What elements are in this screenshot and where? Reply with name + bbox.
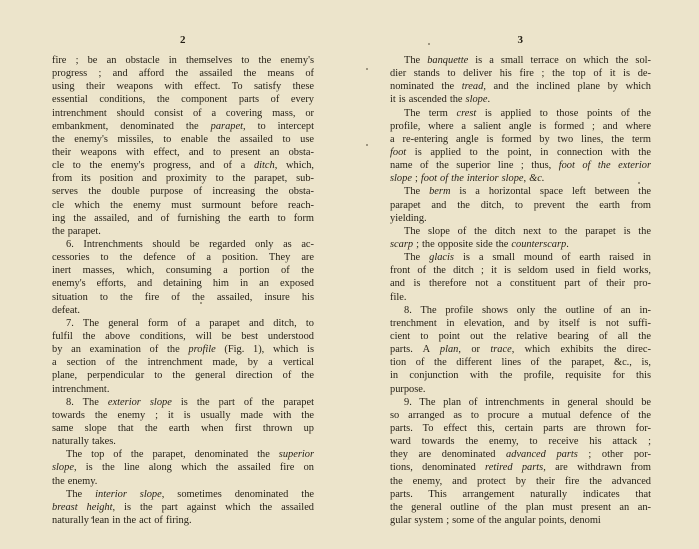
text-line: gular system ; some of the angular point… — [390, 514, 651, 527]
text-line: tions, denominated retired parts, are wi… — [390, 461, 651, 474]
text-line: name of the superior line ; thus, foot o… — [390, 159, 651, 172]
text-line: The glacis is a small mound of earth rai… — [390, 251, 651, 264]
text-line: enemy's efforts, and detaining him in an… — [52, 277, 314, 290]
text-line: towards the enemy ; it is usually made w… — [52, 409, 314, 422]
text-line: breast height, is the part against which… — [52, 501, 314, 514]
italic-term: foot of the exterior — [559, 160, 651, 171]
text-line: the enemy. — [52, 475, 314, 488]
italic-term: slope — [390, 173, 412, 184]
text-line: naturally takes. — [52, 435, 314, 448]
text-line: The interior slope, sometimes denominate… — [52, 488, 314, 501]
scan-speck — [366, 144, 368, 146]
text-line: parts. To effect this, certain parts are… — [390, 422, 651, 435]
italic-term: foot — [390, 147, 406, 158]
text-line: purpose. — [390, 383, 651, 396]
italic-term: parapet — [211, 121, 243, 132]
italic-term: ditch — [254, 160, 275, 171]
italic-term: profile — [188, 344, 215, 355]
text-line: The banquette is a small terrace on whic… — [390, 54, 651, 67]
text-line: fulfil the above conditions, will be bes… — [52, 330, 314, 343]
text-line: 7. The general form of a parapet and dit… — [52, 317, 314, 330]
text-line: cle to the enemy's progress, and of a di… — [52, 159, 314, 172]
italic-term: breast height — [52, 502, 113, 513]
page-number: 2 — [52, 34, 314, 46]
italic-term: interior slope — [95, 489, 162, 500]
text-line: their weapons with effect, and to presen… — [52, 146, 314, 159]
text-line: plane, perpendicular to the general dire… — [52, 369, 314, 382]
text-line: scarp ; the opposite side the countersca… — [390, 238, 651, 251]
scan-speck — [638, 182, 640, 184]
text-line: The top of the parapet, denominated the … — [52, 448, 314, 461]
text-line: The slope of the ditch next to the parap… — [390, 225, 651, 238]
text-line: slope, is the line along which the assai… — [52, 461, 314, 474]
text-line: essential conditions, the component part… — [52, 93, 314, 106]
italic-term: berm — [429, 186, 450, 197]
text-line: 8. The exterior slope is the part of the… — [52, 396, 314, 409]
book-spread: 2 fire ; be an obstacle in themselves to… — [0, 0, 699, 549]
page-3: 3 The banquette is a small terrace on wh… — [390, 0, 651, 549]
text-line: situation to the fire of the assailed, i… — [52, 291, 314, 304]
text-line: they are denominated advanced parts ; ot… — [390, 448, 651, 461]
text-line: it is ascended the slope. — [390, 93, 651, 106]
text-line: in conjunction with the profile, requisi… — [390, 369, 651, 382]
text-line: profile, where a salient angle is formed… — [390, 120, 651, 133]
text-line: ing the assailed, and of furnishing the … — [52, 212, 314, 225]
text-line: naturally lean in the act of firing. — [52, 514, 314, 527]
text-line: parts. This arrangement naturally indica… — [390, 488, 651, 501]
italic-term: slope — [52, 462, 74, 473]
text-line: trenchment in elevation, and by itself i… — [390, 317, 651, 330]
text-line: so arranged as to procure a mutual defen… — [390, 409, 651, 422]
text-line: 8. The profile shows only the outline of… — [390, 304, 651, 317]
text-line: inert masses, which, consuming a portion… — [52, 264, 314, 277]
text-line: dier stands to deliver his fire ; the to… — [390, 67, 651, 80]
text-line: ward towards the enemy, to receive his a… — [390, 435, 651, 448]
text-line: parapet and the ditch, to prevent the ea… — [390, 199, 651, 212]
text-line: tion of the different lines of the parap… — [390, 356, 651, 369]
page-3-text-block: The banquette is a small terrace on whic… — [390, 54, 651, 527]
italic-term: banquette — [427, 55, 468, 66]
italic-term: crest — [456, 108, 476, 119]
text-line: embankment, denominated the parapet, to … — [52, 120, 314, 133]
text-line: intrenchment. — [52, 383, 314, 396]
text-line: the enemy's missiles, to enable the assa… — [52, 133, 314, 146]
text-line: 6. Intrenchments should be regarded only… — [52, 238, 314, 251]
text-line: fire ; be an obstacle in themselves to t… — [52, 54, 314, 67]
italic-term: &c. — [529, 173, 544, 184]
text-line: the enemy, and protect by their fire the… — [390, 475, 651, 488]
page-2: 2 fire ; be an obstacle in themselves to… — [52, 0, 314, 549]
text-line: cessories to the defence of a position. … — [52, 251, 314, 264]
text-line: yielding. — [390, 212, 651, 225]
text-line: a section of the intrenchment made, by a… — [52, 356, 314, 369]
scan-speck — [200, 302, 202, 304]
text-line: The berm is a horizontal space left betw… — [390, 185, 651, 198]
text-line: cient to point out the relative bearing … — [390, 330, 651, 343]
italic-term: foot of the interior slope — [421, 173, 524, 184]
italic-term: retired parts — [485, 462, 543, 473]
italic-term: counterscarp — [511, 239, 566, 250]
text-line: using their weapons with effect. To sati… — [52, 80, 314, 93]
italic-term: glacis — [429, 252, 454, 263]
text-line: the parapet. — [52, 225, 314, 238]
text-line: slope ; foot of the interior slope, &c. — [390, 172, 651, 185]
text-line: and is therefore not a constituent part … — [390, 277, 651, 290]
italic-term: trace — [490, 344, 511, 355]
text-line: a re-entering angle is formed by two lin… — [390, 133, 651, 146]
text-line: file. — [390, 291, 651, 304]
text-line: by an examination of the profile (Fig. 1… — [52, 343, 314, 356]
text-line: intrenchment should consist of a coverin… — [52, 107, 314, 120]
italic-term: scarp — [390, 239, 413, 250]
italic-term: plan — [440, 344, 458, 355]
text-line: serves the double purpose of increasing … — [52, 185, 314, 198]
text-line: front of the ditch ; it is seldom used i… — [390, 264, 651, 277]
italic-term: exterior slope — [108, 397, 172, 408]
scan-speck — [91, 517, 93, 519]
scan-speck — [428, 43, 430, 45]
scan-speck — [366, 68, 368, 70]
text-line: The term crest is applied to those point… — [390, 107, 651, 120]
italic-term: advanced parts — [506, 449, 578, 460]
italic-term: tread — [462, 81, 484, 92]
page-2-text-block: fire ; be an obstacle in themselves to t… — [52, 54, 314, 527]
text-line: nominated the tread, and the inclined pl… — [390, 80, 651, 93]
italic-term: superior — [279, 449, 314, 460]
italic-term: slope — [466, 94, 488, 105]
text-line: defeat. — [52, 304, 314, 317]
text-line: cle which the enemy must surmount before… — [52, 199, 314, 212]
text-line: from its position and proximity to the p… — [52, 172, 314, 185]
text-line: progress ; and afford the assailed the m… — [52, 67, 314, 80]
text-line: 9. The plan of intrenchments in general … — [390, 396, 651, 409]
text-line: same slope that the earth when first thr… — [52, 422, 314, 435]
text-line: parts. A plan, or trace, which exhibits … — [390, 343, 651, 356]
text-line: foot is applied to the point, in connect… — [390, 146, 651, 159]
text-line: the general outline of the plan must pre… — [390, 501, 651, 514]
